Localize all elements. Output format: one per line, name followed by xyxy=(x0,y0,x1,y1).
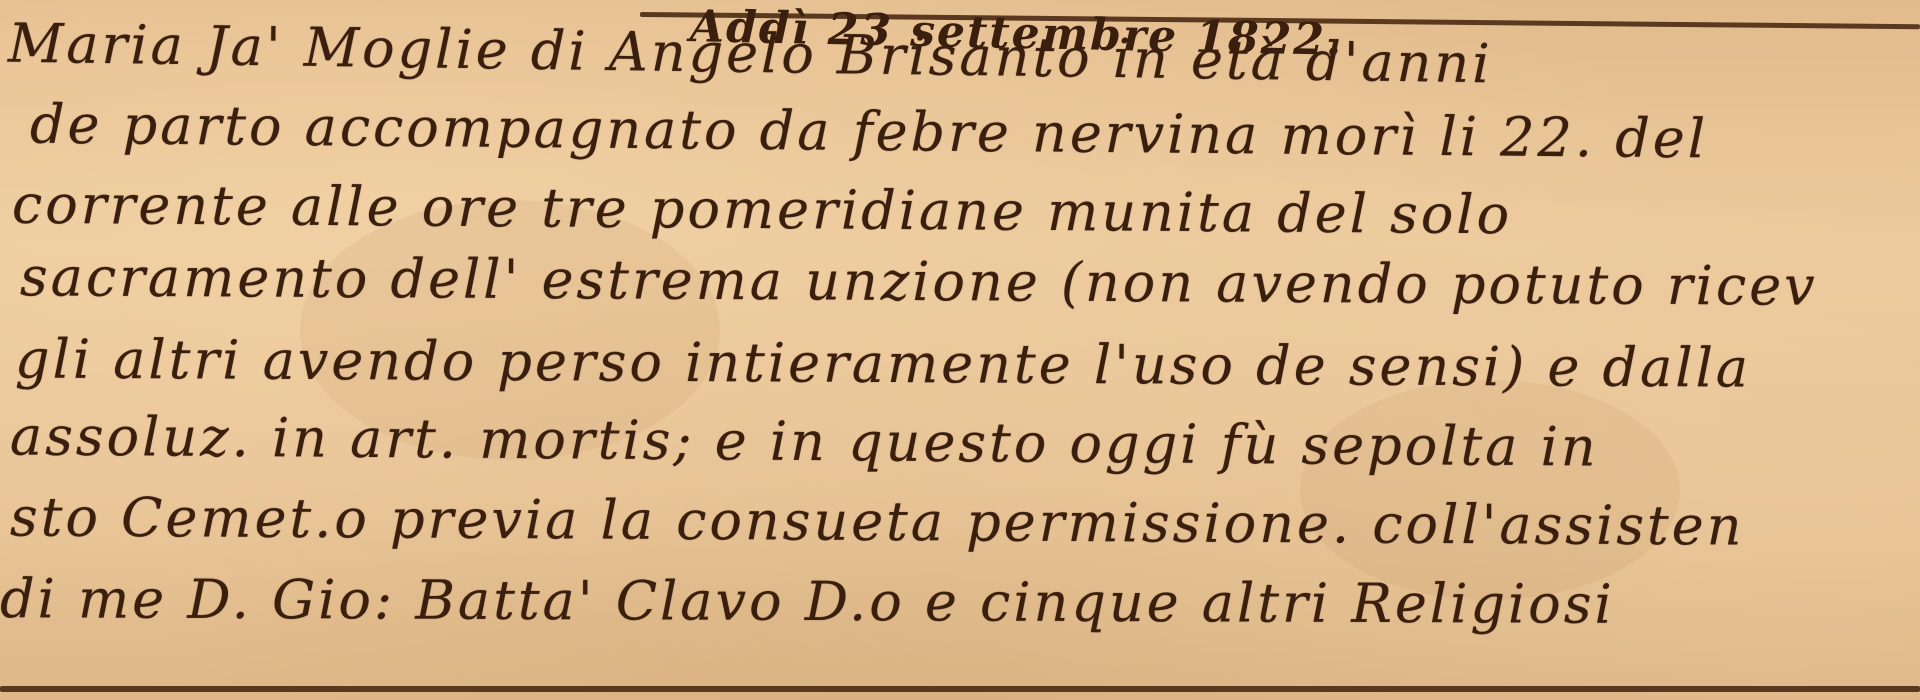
manuscript-line-2: de parto accompagnato da febre nervina m… xyxy=(30,93,1709,171)
manuscript-line-8: di me D. Gio: Batta' Clavo D.o e cinque … xyxy=(0,567,1615,636)
manuscript-line-5: gli altri avendo perso intieramente l'us… xyxy=(15,327,1751,399)
manuscript-line-3: corrente alle ore tre pomeridiane munita… xyxy=(12,173,1513,246)
manuscript-line-7: sto Cemet.o previa la consueta permissio… xyxy=(10,485,1745,557)
manuscript-line-4: sacramento dell' estrema unzione (non av… xyxy=(20,245,1818,317)
manuscript-page: Addì 23 settembre 1822. Maria Ja' Moglie… xyxy=(0,0,1920,700)
manuscript-line-6: assoluz. in art. mortis; e in questo ogg… xyxy=(10,404,1599,478)
bottom-ruled-line xyxy=(0,686,1920,692)
